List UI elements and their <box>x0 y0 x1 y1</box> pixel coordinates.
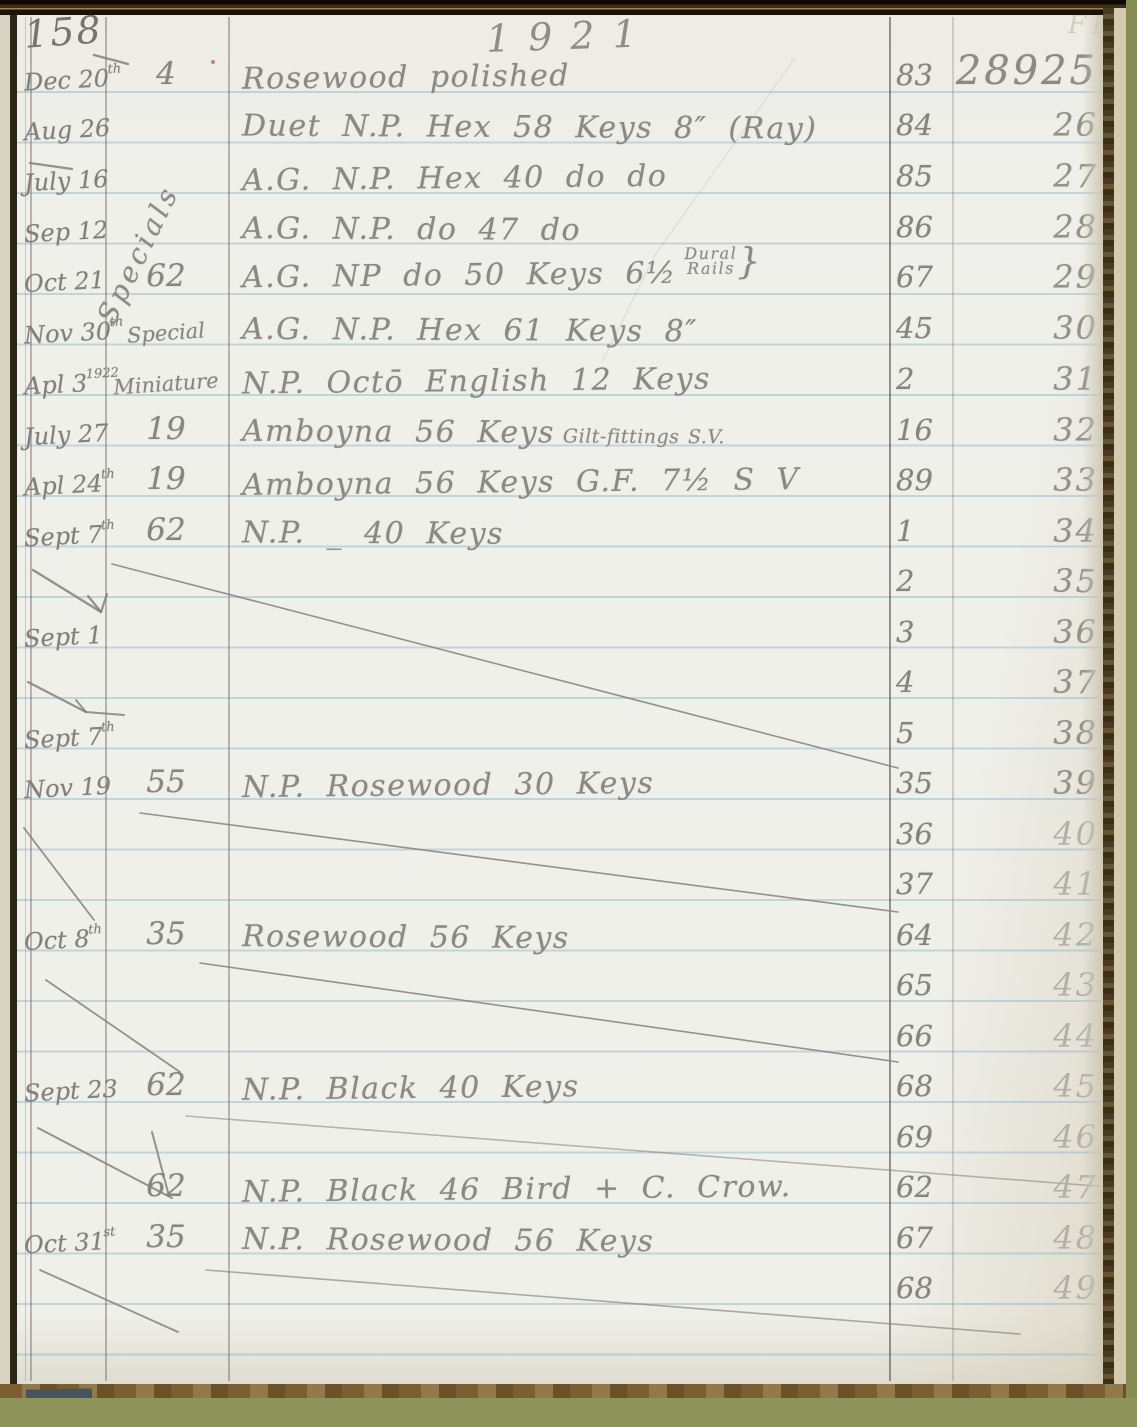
entry-model: Miniature <box>109 368 222 400</box>
entry-serial-number: 28925 <box>950 48 1104 94</box>
entry-serial-number: 46 <box>950 1118 1104 1156</box>
entry-description: A.G. N.P. Hex 40 do do <box>242 159 668 198</box>
entry-description: N.P. Rosewood 56 Keys <box>242 1222 654 1259</box>
ledger-row: Oct 21 62 A.G. NP do 50 Keys 6½DuralRail… <box>0 251 1103 297</box>
entry-description: A.G. N.P. Hex 61 Keys 8″ <box>242 312 698 349</box>
entry-description: N.P. _ 40 Keys <box>242 515 504 551</box>
ledger-row: July 27 19 Amboyna 56 KeysGilt-fittings … <box>0 404 1103 450</box>
entry-quantity: 89 <box>896 463 952 497</box>
entry-model: 55 <box>110 764 222 800</box>
ledger-row: 69 46 <box>0 1111 1103 1157</box>
bottom-page-edge <box>0 1384 1126 1399</box>
entry-date: Aug 26 <box>23 114 111 146</box>
entry-annotation-stack: DuralRails} <box>684 253 762 295</box>
ledger-row: Oct 31st 35 N.P. Rosewood 56 Keys 67 48 <box>0 1212 1103 1258</box>
entry-date: Nov 19 <box>23 772 112 805</box>
entry-quantity: 5 <box>896 716 952 750</box>
entry-date: Dec 20th <box>23 63 123 96</box>
entry-serial-number: 34 <box>950 512 1104 550</box>
entry-date: July 16 <box>23 165 109 197</box>
ledger-row: Apl 24th 19 Amboyna 56 Keys G.F. 7½ S V … <box>0 454 1103 500</box>
ledger-row: 2 35 <box>0 555 1103 601</box>
entry-description: Rosewood 56 Keys <box>242 919 570 956</box>
entry-quantity: 62 <box>896 1170 952 1204</box>
entry-quantity: 83 <box>896 58 952 92</box>
entry-quantity: 3 <box>896 615 952 649</box>
right-page-stack-edge <box>1103 8 1114 1408</box>
entry-date: July 27 <box>23 419 109 451</box>
entry-serial-number: 44 <box>950 1017 1104 1055</box>
entry-serial-number: 39 <box>950 764 1104 802</box>
entry-date: Sept 1 <box>23 621 103 653</box>
entry-quantity: 2 <box>896 564 952 598</box>
entry-description: N.P. Octō English 12 Keys <box>242 362 711 402</box>
entry-model: 35 <box>110 1219 222 1255</box>
left-gutter-shadow <box>10 15 17 1427</box>
entry-model: Special <box>109 317 222 349</box>
ledger-row: 65 43 <box>0 959 1103 1005</box>
entry-quantity: 35 <box>896 766 952 800</box>
entry-serial-number: 37 <box>950 663 1104 701</box>
entry-model: 4 <box>110 56 222 92</box>
entry-description: N.P. Rosewood 30 Keys <box>242 766 655 805</box>
entry-serial-number: 30 <box>950 309 1104 347</box>
entry-quantity: 36 <box>896 817 952 851</box>
entry-quantity: 66 <box>896 1019 952 1053</box>
entry-quantity: 85 <box>896 159 952 193</box>
entry-date: Sept 7th <box>23 520 117 553</box>
entry-quantity: 67 <box>896 260 952 294</box>
ledger-row: Nov 19 55 N.P. Rosewood 30 Keys 35 39 <box>0 757 1103 803</box>
entry-date: Sep 12 <box>23 216 109 248</box>
entry-quantity: 37 <box>896 867 952 901</box>
ledger-row: 37 41 <box>0 858 1103 904</box>
entry-serial-number: 32 <box>950 411 1104 449</box>
left-page-edge <box>0 15 10 1427</box>
entry-quantity: 2 <box>896 362 952 396</box>
entry-serial-number: 33 <box>950 461 1104 499</box>
entry-serial-number: 43 <box>950 966 1104 1004</box>
ledger-row: 4 37 <box>0 656 1103 702</box>
entry-serial-number: 49 <box>950 1269 1104 1307</box>
entry-description: Rosewood polished <box>242 58 570 96</box>
entry-quantity: 16 <box>896 413 952 447</box>
entry-date: Oct 31st <box>23 1227 117 1260</box>
entry-serial-number: 36 <box>950 613 1104 651</box>
entry-serial-number: 47 <box>950 1168 1104 1206</box>
entry-quantity: 84 <box>896 108 952 142</box>
entry-serial-number: 28 <box>950 208 1104 246</box>
entry-date: Sept 23 <box>23 1075 118 1108</box>
entry-quantity: 68 <box>896 1271 952 1305</box>
entry-description-note: Gilt-fittings S.V. <box>563 425 725 448</box>
background-bottom <box>0 1398 1137 1427</box>
entry-serial-number: 26 <box>950 106 1104 144</box>
entry-description: A.G. N.P. do 47 do <box>242 211 581 248</box>
entry-serial-number: 35 <box>950 562 1104 600</box>
entry-date: Oct 8th <box>23 924 104 956</box>
binding-top-edge <box>0 0 1137 15</box>
entry-quantity: 67 <box>896 1221 952 1255</box>
ledger-row: 62 N.P. Black 46 Bird + C. Crow. 62 47 <box>0 1161 1103 1207</box>
entry-model: 62 <box>110 1067 222 1103</box>
ledger-row: 36 40 <box>0 808 1103 854</box>
ledger-photo: Dec 20th 4 Rosewood polished 83 28925 Au… <box>0 0 1137 1427</box>
ledger-row: 66 44 <box>0 1010 1103 1056</box>
entry-serial-number: 27 <box>950 157 1104 195</box>
ledger-row: Sept 1 3 36 <box>0 606 1103 652</box>
entry-model: 19 <box>110 461 222 497</box>
entry-date: Apl 31922 <box>23 367 121 400</box>
ledger-row: Aug 26 Duet N.P. Hex 58 Keys 8″ (Ray) 84… <box>0 99 1103 145</box>
entry-quantity: 86 <box>896 210 952 244</box>
background-right <box>1126 0 1137 1427</box>
year-heading: 1921 <box>485 11 655 61</box>
entry-serial-number: 40 <box>950 815 1104 853</box>
ledger-row: Sept 7th 5 38 <box>0 707 1103 753</box>
entry-serial-number: 41 <box>950 865 1104 903</box>
ledger-row: Apl 31922 Miniature N.P. Octō English 12… <box>0 353 1103 399</box>
entry-serial-number: 48 <box>950 1219 1104 1257</box>
entry-serial-number: 38 <box>950 714 1104 752</box>
entry-model: 19 <box>110 411 222 447</box>
entry-date: Apl 24th <box>23 469 116 502</box>
right-edge-shadow <box>1082 15 1103 1395</box>
entry-serial-number: 45 <box>950 1067 1104 1105</box>
entry-description: A.G. NP do 50 Keys 6½DuralRails} <box>242 253 762 299</box>
entry-model: 62 <box>110 1168 222 1204</box>
ledger-row: Nov 30th Special A.G. N.P. Hex 61 Keys 8… <box>0 302 1103 348</box>
entry-quantity: 1 <box>896 514 952 548</box>
entry-quantity: 68 <box>896 1069 952 1103</box>
entry-description: Amboyna 56 KeysGilt-fittings S.V. <box>242 414 725 452</box>
entry-quantity: 69 <box>896 1120 952 1154</box>
entry-quantity: 64 <box>896 918 952 952</box>
entry-date: Oct 21 <box>23 266 105 298</box>
entry-quantity: 4 <box>896 665 952 699</box>
ledger-row: Sept 23 62 N.P. Black 40 Keys 68 45 <box>0 1060 1103 1106</box>
ledger-row: Oct 8th 35 Rosewood 56 Keys 64 42 <box>0 909 1103 955</box>
ledger-row: Sept 7th 62 N.P. _ 40 Keys 1 34 <box>0 505 1103 551</box>
entry-quantity: 65 <box>896 968 952 1002</box>
entry-description: N.P. Black 40 Keys <box>242 1069 580 1108</box>
entry-date: Sept 7th <box>23 722 117 755</box>
entry-quantity: 45 <box>896 311 952 345</box>
entry-serial-number: 42 <box>950 916 1104 954</box>
entry-description: Amboyna 56 Keys G.F. 7½ S V <box>242 462 800 503</box>
entry-model: 62 <box>110 512 222 548</box>
entry-serial-number: 31 <box>950 360 1104 398</box>
entry-model: 35 <box>110 916 222 952</box>
right-page-stack-light <box>1114 8 1126 1408</box>
entry-serial-number: 29 <box>950 258 1104 296</box>
entry-description: Duet N.P. Hex 58 Keys 8″ (Ray) <box>242 108 818 146</box>
ledger-row: 68 49 <box>0 1262 1103 1308</box>
entry-description: N.P. Black 46 Bird + C. Crow. <box>242 1169 792 1210</box>
